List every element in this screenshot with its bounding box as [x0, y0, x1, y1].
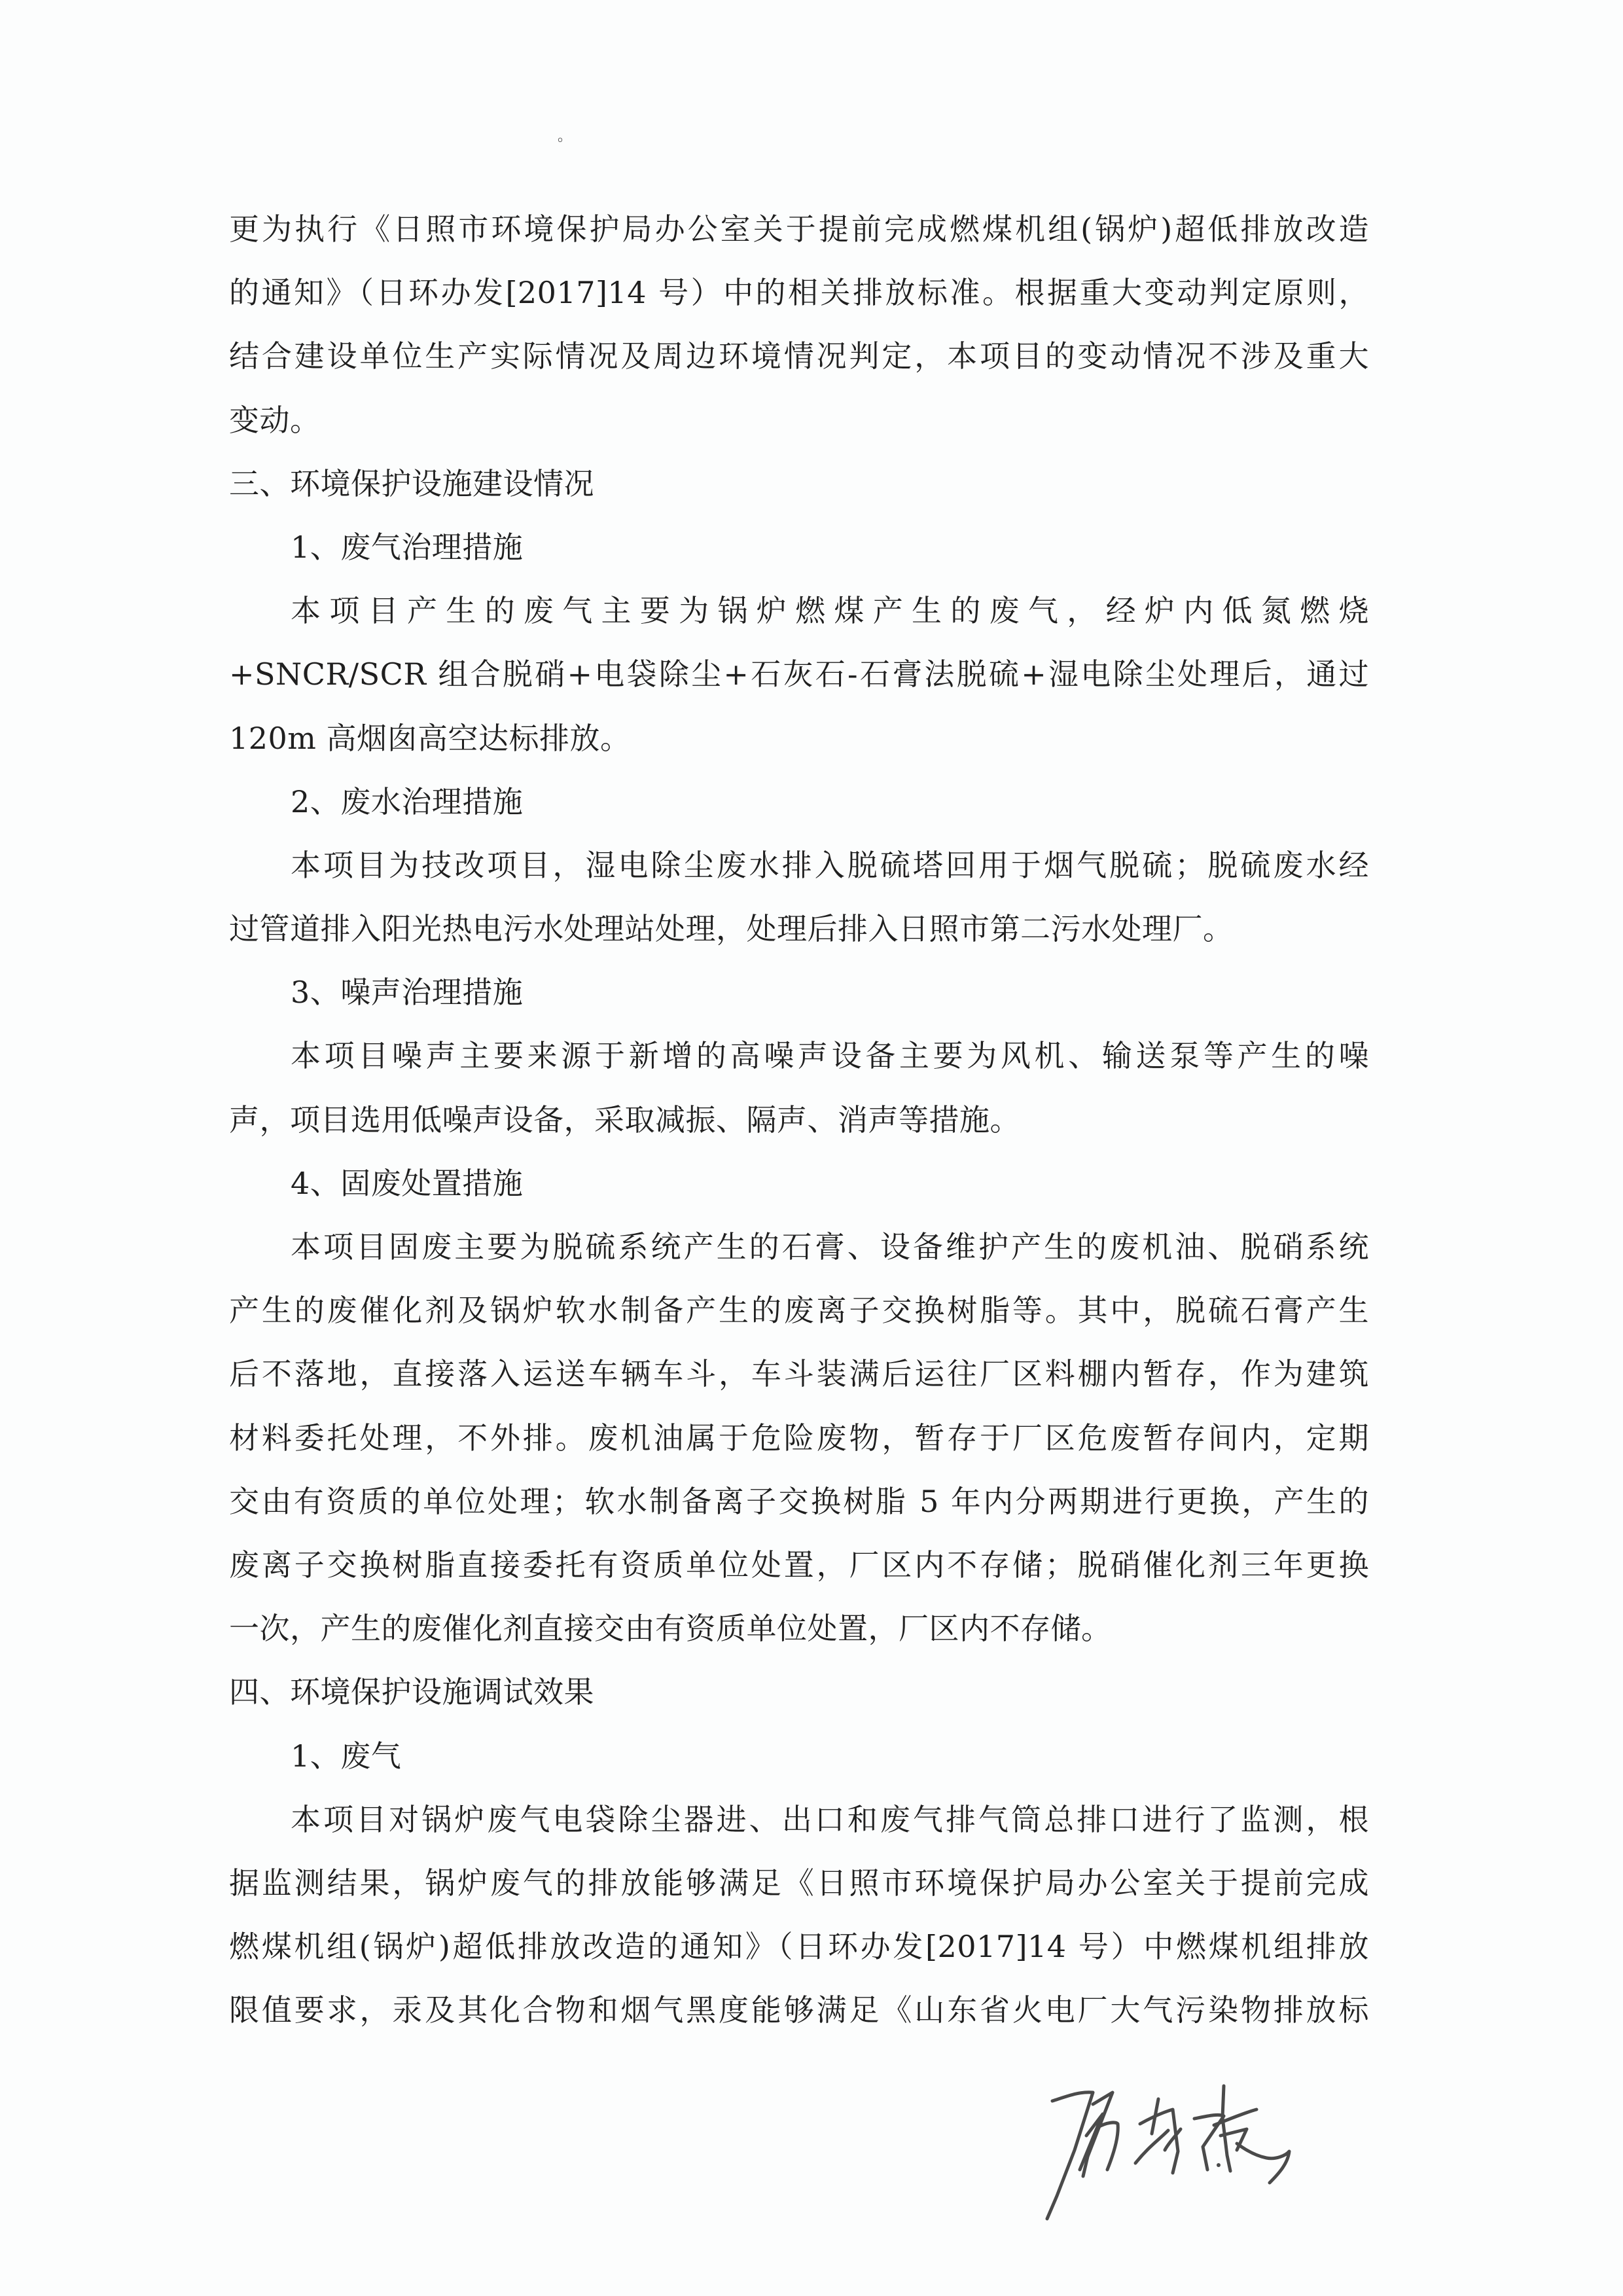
- paragraph-line: 声，项目选用低噪声设备，采取减振、隔声、消声等措施。: [229, 1099, 1369, 1162]
- paragraph-line: 本项目为技改项目，湿电除尘废水排入脱硫塔回用于烟气脱硫；脱硫废水经: [229, 844, 1369, 908]
- paragraph-line: 限值要求，汞及其化合物和烟气黑度能够满足《山东省火电厂大气污染物排放标: [229, 1989, 1369, 2053]
- paragraph-line: 本项目产生的废气主要为锅炉燃煤产生的废气，经炉内低氮燃烧: [229, 590, 1369, 653]
- document-body: 更为执行《日照市环境保护局办公室关于提前完成燃煤机组(锅炉)超低排放改造的通知》…: [229, 208, 1369, 2053]
- paragraph-line: 燃煤机组(锅炉)超低排放改造的通知》（日环办发[2017]14 号）中燃煤机组排…: [229, 1926, 1369, 1989]
- document-page: 。 更为执行《日照市环境保护局办公室关于提前完成燃煤机组(锅炉)超低排放改造的通…: [0, 0, 1623, 2296]
- paragraph-line: 120m 高烟囱高空达标排放。: [229, 717, 1369, 781]
- signature-icon: [1027, 2078, 1335, 2229]
- paragraph-line: 后不落地，直接落入运送车辆车斗，车斗装满后运往厂区料棚内暂存，作为建筑: [229, 1353, 1369, 1416]
- section-heading: 三、环境保护设施建设情况: [229, 463, 1369, 526]
- subsection-heading: 2、废水治理措施: [229, 781, 1369, 844]
- paragraph-line: 本项目对锅炉废气电袋除尘器进、出口和废气排气筒总排口进行了监测，根: [229, 1799, 1369, 1862]
- subsection-heading: 4、固废处置措施: [229, 1162, 1369, 1226]
- paragraph-line: 一次，产生的废催化剂直接交由有资质单位处置，厂区内不存储。: [229, 1607, 1369, 1671]
- paragraph-line: 本项目噪声主要来源于新增的高噪声设备主要为风机、输送泵等产生的噪: [229, 1035, 1369, 1098]
- paragraph-line: 产生的废催化剂及锅炉软水制备产生的废离子交换树脂等。其中，脱硫石膏产生: [229, 1289, 1369, 1353]
- paragraph-line: 的通知》（日环办发[2017]14 号）中的相关排放标准。根据重大变动判定原则，: [229, 272, 1369, 335]
- paragraph-line: 本项目固废主要为脱硫系统产生的石膏、设备维护产生的废机油、脱硝系统: [229, 1226, 1369, 1289]
- paragraph-line: 据监测结果，锅炉废气的排放能够满足《日照市环境保护局办公室关于提前完成: [229, 1862, 1369, 1926]
- stray-mark: 。: [558, 130, 572, 144]
- paragraph-line: +SNCR/SCR 组合脱硝+电袋除尘+石灰石-石膏法脱硫+湿电除尘处理后，通过: [229, 653, 1369, 717]
- paragraph-line: 变动。: [229, 399, 1369, 463]
- paragraph-line: 材料委托处理，不外排。废机油属于危险废物，暂存于厂区危废暂存间内，定期: [229, 1417, 1369, 1480]
- paragraph-line: 废离子交换树脂直接委托有资质单位处置，厂区内不存储；脱硝催化剂三年更换: [229, 1544, 1369, 1607]
- signature: [1027, 2078, 1335, 2229]
- subsection-heading: 1、废气: [229, 1735, 1369, 1799]
- paragraph-line: 过管道排入阳光热电污水处理站处理，处理后排入日照市第二污水处理厂。: [229, 908, 1369, 971]
- subsection-heading: 3、噪声治理措施: [229, 971, 1369, 1035]
- paragraph-line: 结合建设单位生产实际情况及周边环境情况判定，本项目的变动情况不涉及重大: [229, 335, 1369, 399]
- subsection-heading: 1、废气治理措施: [229, 526, 1369, 590]
- section-heading: 四、环境保护设施调试效果: [229, 1671, 1369, 1734]
- paragraph-line: 更为执行《日照市环境保护局办公室关于提前完成燃煤机组(锅炉)超低排放改造: [229, 208, 1369, 272]
- paragraph-line: 交由有资质的单位处理；软水制备离子交换树脂 5 年内分两期进行更换，产生的: [229, 1480, 1369, 1544]
